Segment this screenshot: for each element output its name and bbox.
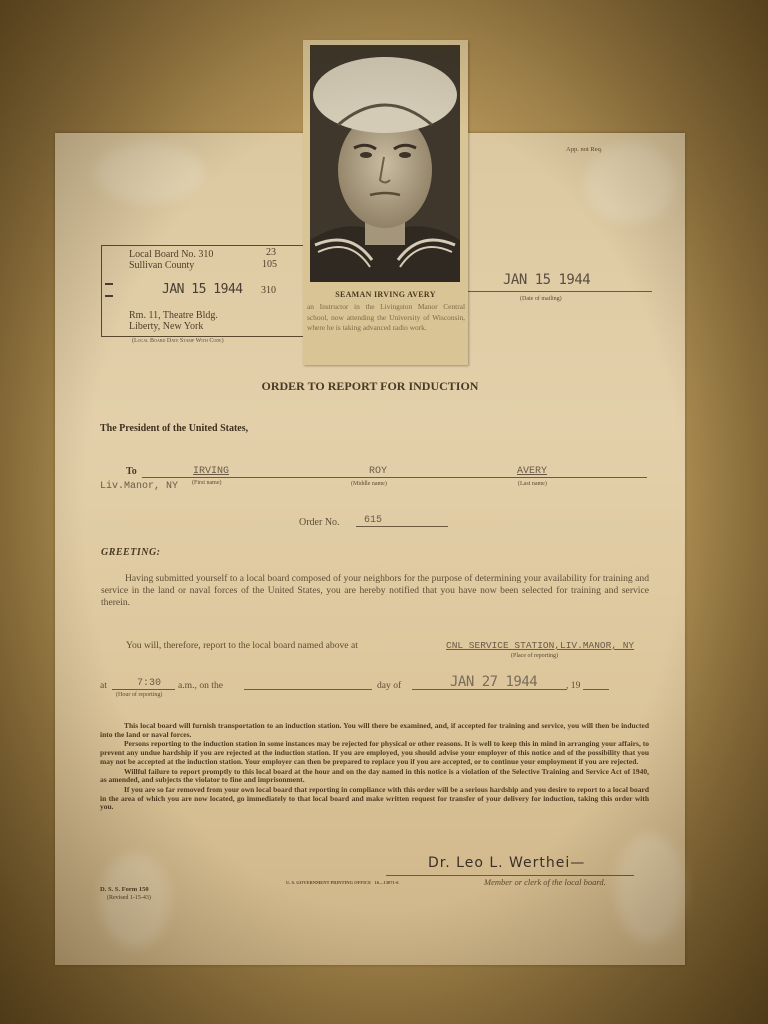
light-glare [95, 143, 205, 203]
stamp-mark-icon [105, 283, 113, 297]
mailing-date-rule [468, 291, 652, 292]
signature-rule [386, 875, 634, 876]
signature-caption: Member or clerk of the local board. [484, 877, 606, 887]
county: Sullivan County [129, 260, 194, 271]
hour-of-reporting-value: 7:30 [137, 678, 161, 689]
day-rule [244, 689, 372, 690]
board-stamp-caption: (Local Board Date Stamp With Code) [132, 338, 224, 344]
order-number-label: Order No. [299, 517, 340, 528]
name-rule [142, 477, 647, 478]
first-name-value: IRVING [193, 466, 229, 477]
hour-rule [112, 689, 175, 690]
portrait-image [310, 45, 460, 282]
light-glare [615, 833, 685, 943]
local-board-stamp-box: Local Board No. 310 Sullivan County 23 1… [101, 245, 307, 337]
place-of-reporting-caption: (Place of reporting) [511, 653, 558, 659]
board-code-2: 105 [262, 259, 277, 270]
year-label: , 19 [566, 680, 580, 692]
to-label: To [126, 466, 137, 477]
clipping-text: an Instructor in the Livingston Manor Ce… [307, 302, 465, 334]
violation-paragraph: Willful failure to report promptly to th… [100, 768, 649, 785]
transportation-paragraph: This local board will furnish transporta… [100, 722, 649, 739]
newspaper-clipping: SEAMAN IRVING AVERY an Instructor in the… [303, 40, 468, 365]
recipient-address: Liv.Manor, NY [100, 481, 178, 492]
year-rule [583, 689, 609, 690]
hour-of-reporting-caption: (Hour of reporting) [116, 692, 162, 698]
middle-name-caption: (Middle name) [351, 481, 387, 487]
mailing-date-caption: (Date of mailing) [520, 296, 562, 302]
light-glare [585, 143, 675, 223]
greeting-heading: GREETING: [101, 547, 161, 558]
rejection-paragraph: Persons reporting to the induction stati… [100, 740, 649, 766]
board-stamp-code: 310 [261, 285, 276, 296]
clerk-signature: Dr. Leo L. Werthei— [428, 855, 585, 871]
salutation: The President of the United States, [100, 423, 248, 434]
place-of-reporting-value: CNL SERVICE STATION,LIV.MANOR, NY [446, 640, 634, 651]
board-date-stamp: JAN 15 1944 [162, 282, 243, 297]
selection-notice-paragraph: Having submitted yourself to a local boa… [101, 573, 649, 609]
report-instruction: You will, therefore, report to the local… [126, 640, 358, 652]
at-label: at [100, 680, 107, 692]
order-number-rule [356, 526, 448, 527]
board-address-line-1: Rm. 11, Theatre Bldg. [129, 310, 218, 321]
last-name-value: AVERY [517, 466, 547, 477]
mailing-date-stamp: JAN 15 1944 [503, 272, 590, 288]
middle-name-value: ROY [369, 466, 387, 477]
clipping-headline: SEAMAN IRVING AVERY [303, 290, 468, 299]
form-revision: (Revised 1-15-43) [107, 895, 151, 901]
form-number: D. S. S. Form 150 [100, 886, 149, 893]
day-of-label: day of [377, 680, 401, 692]
order-number-value: 615 [364, 515, 382, 526]
ampm-label: a.m., on the [178, 680, 223, 692]
printer-line: U. S. GOVERNMENT PRINTING OFFICE 16—1307… [286, 880, 399, 885]
instructions-fine-print: This local board will furnish transporta… [100, 722, 649, 812]
app-not-req-note: App. not Req. [566, 146, 602, 153]
document-title: ORDER TO REPORT FOR INDUCTION [55, 379, 685, 394]
first-name-caption: (First name) [192, 480, 222, 486]
transfer-paragraph: If you are so far removed from your own … [100, 786, 649, 812]
seaman-portrait-photo [310, 45, 460, 282]
board-code-1: 23 [266, 247, 276, 258]
board-address-line-2: Liberty, New York [129, 321, 203, 332]
reporting-date-stamp: JAN 27 1944 [450, 674, 537, 690]
last-name-caption: (Last name) [518, 481, 547, 487]
local-board-number: Local Board No. 310 [129, 249, 213, 260]
